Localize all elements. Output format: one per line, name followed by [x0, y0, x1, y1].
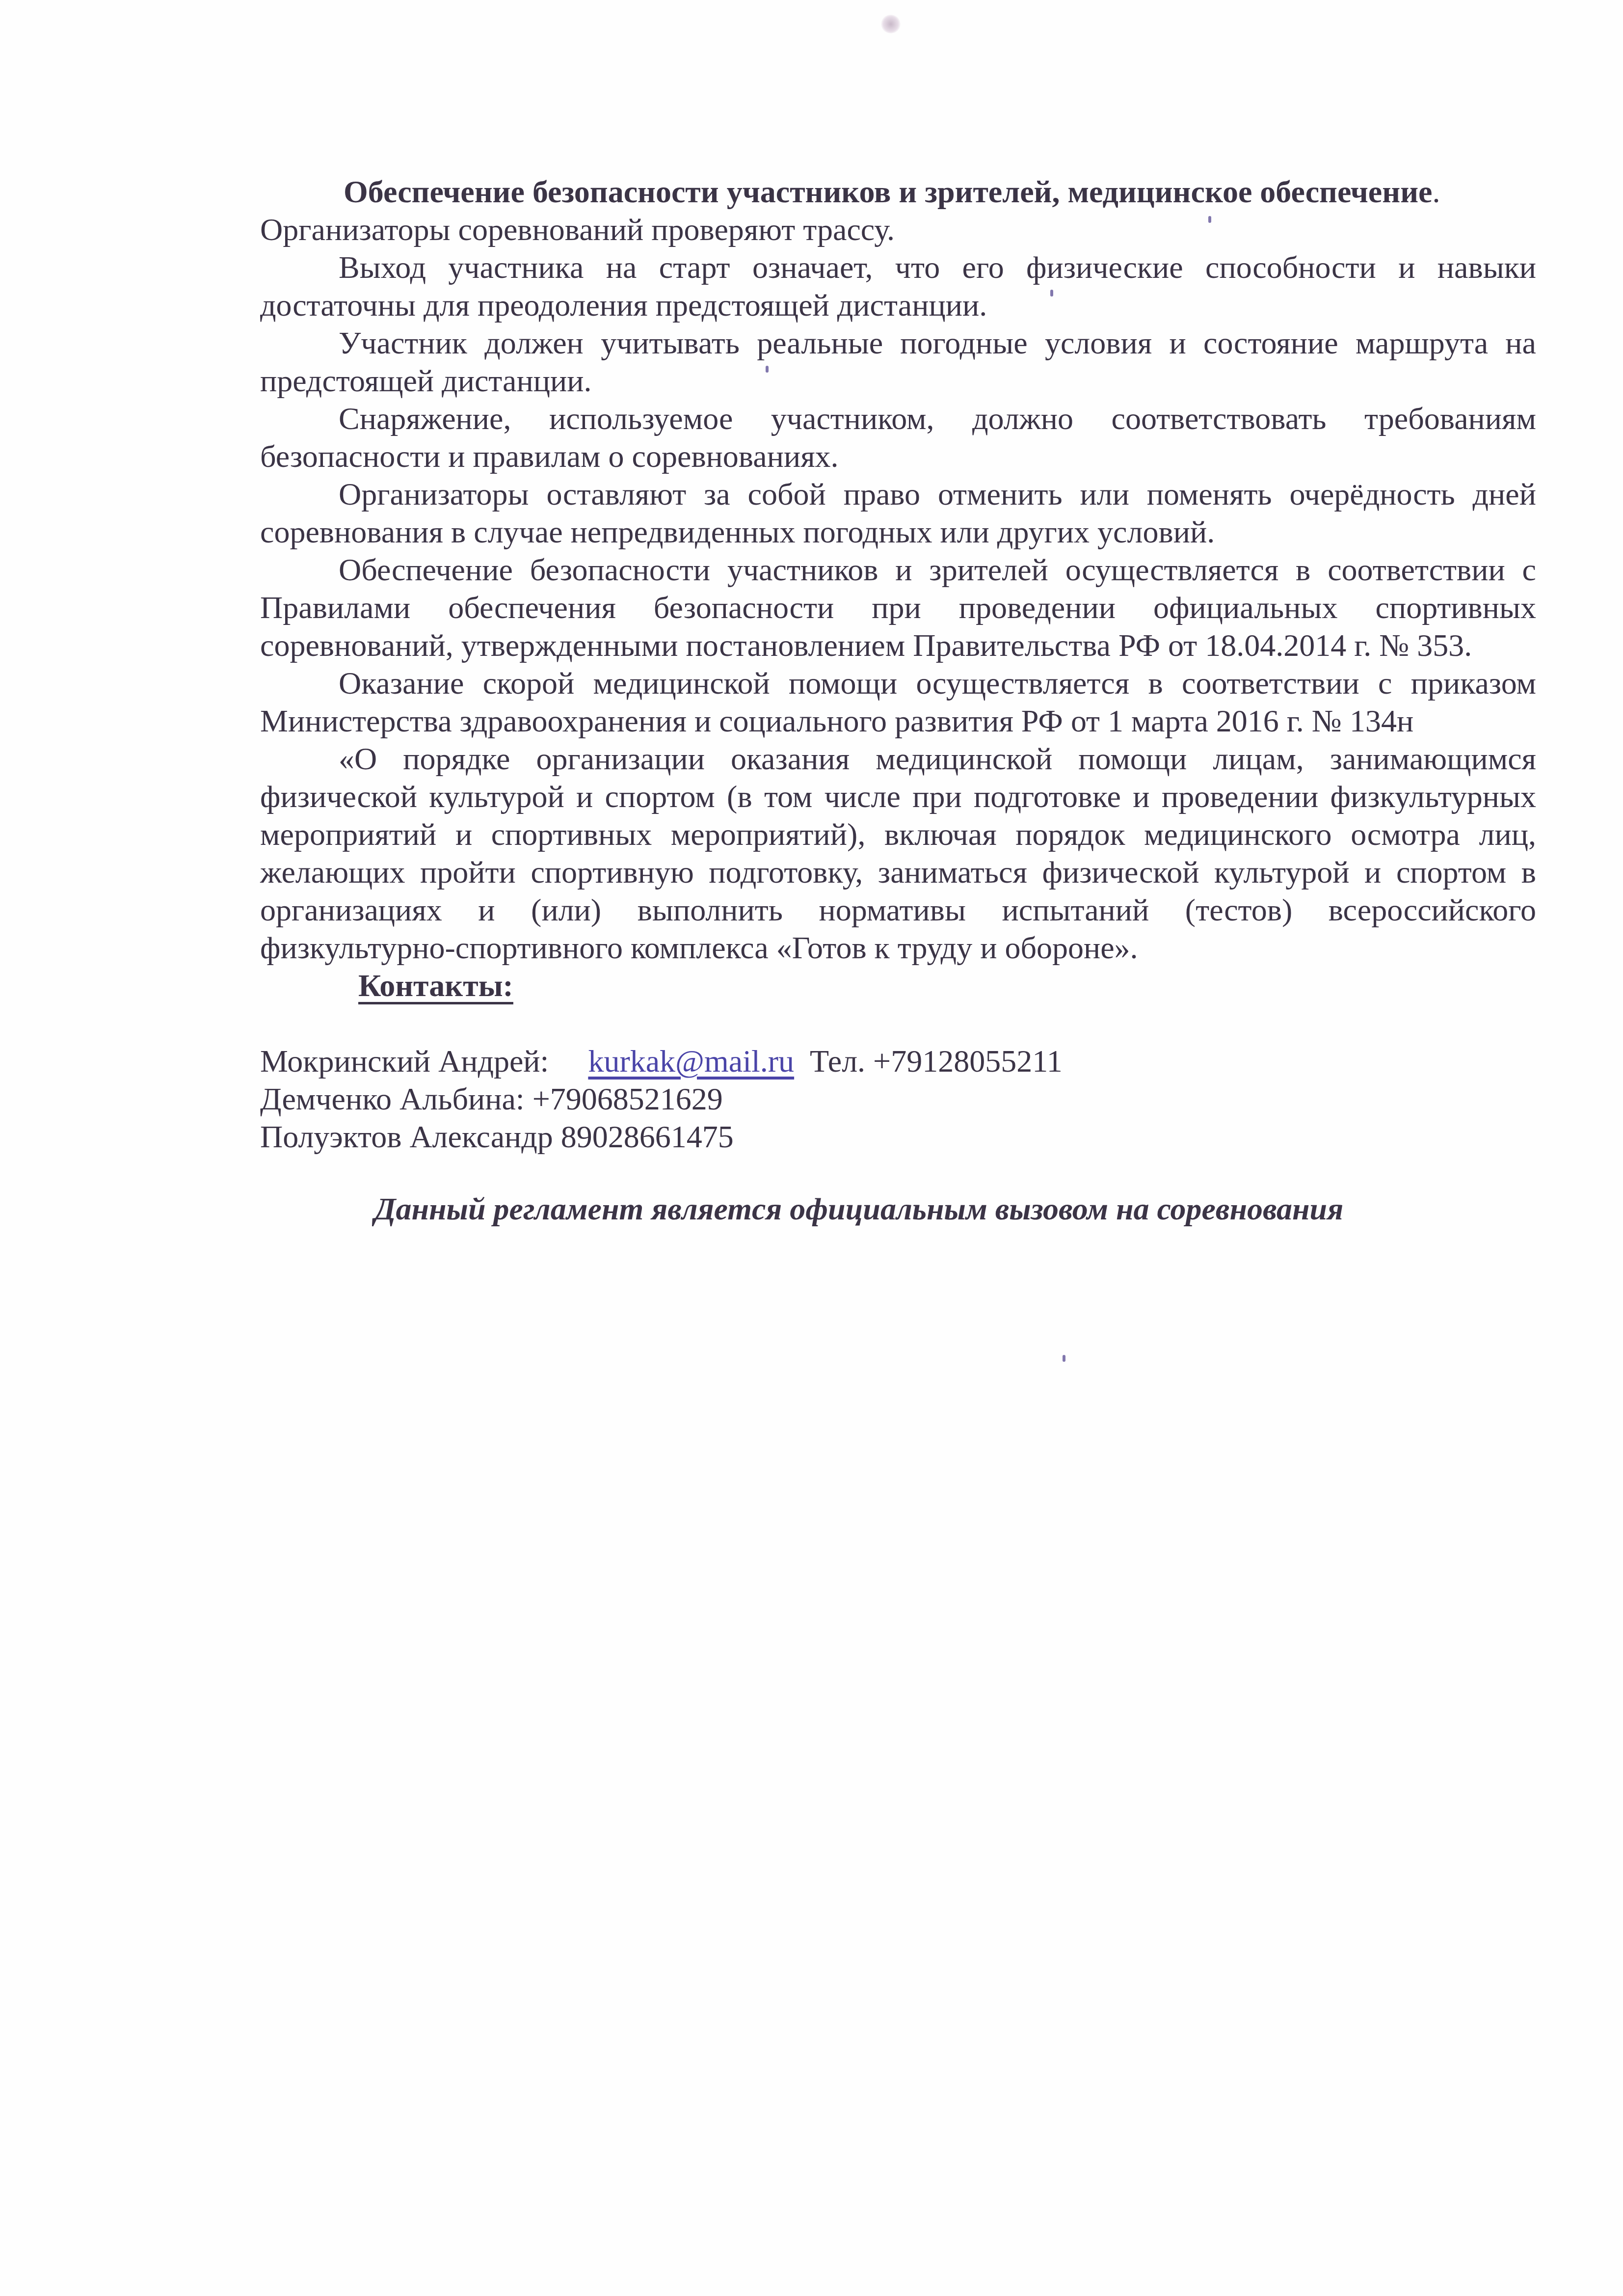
- paragraph-6: Обеспечение безопасности участников и зр…: [260, 551, 1536, 664]
- contact-mokrinsky: Мокринский Андрей: kurkak@mail.ru Тел. +…: [260, 1042, 1536, 1080]
- contact-demchenko: Демченко Альбина: +79068521629: [260, 1080, 1536, 1118]
- document-body: Обеспечение безопасности участников и зр…: [260, 173, 1536, 1228]
- paragraph-5: Организаторы оставляют за собой право от…: [260, 475, 1536, 551]
- email-link[interactable]: kurkak@mail.ru: [588, 1044, 794, 1079]
- paragraph-1: Организаторы соревнований проверяют трас…: [260, 211, 1536, 248]
- scan-smudge: [881, 15, 901, 33]
- scan-speck: [1063, 1355, 1065, 1362]
- paragraph-8: «О порядке организации оказания медицинс…: [260, 740, 1536, 967]
- contacts-heading: Контакты:: [260, 967, 1536, 1004]
- paragraph-3: Участник должен учитывать реальные погод…: [260, 324, 1536, 400]
- contact-poluektov: Полуэктов Александр 89028661475: [260, 1118, 1536, 1156]
- scanned-page: Обеспечение безопасности участников и зр…: [0, 0, 1623, 2296]
- official-call-note: Данный регламент является официальным вы…: [260, 1190, 1536, 1228]
- paragraph-2: Выход участника на старт означает, что е…: [260, 248, 1536, 324]
- paragraph-4: Снаряжение, используемое участником, дол…: [260, 400, 1536, 475]
- section-title: Обеспечение безопасности участников и зр…: [260, 173, 1536, 211]
- paragraph-7: Оказание скорой медицинской помощи осуще…: [260, 664, 1536, 740]
